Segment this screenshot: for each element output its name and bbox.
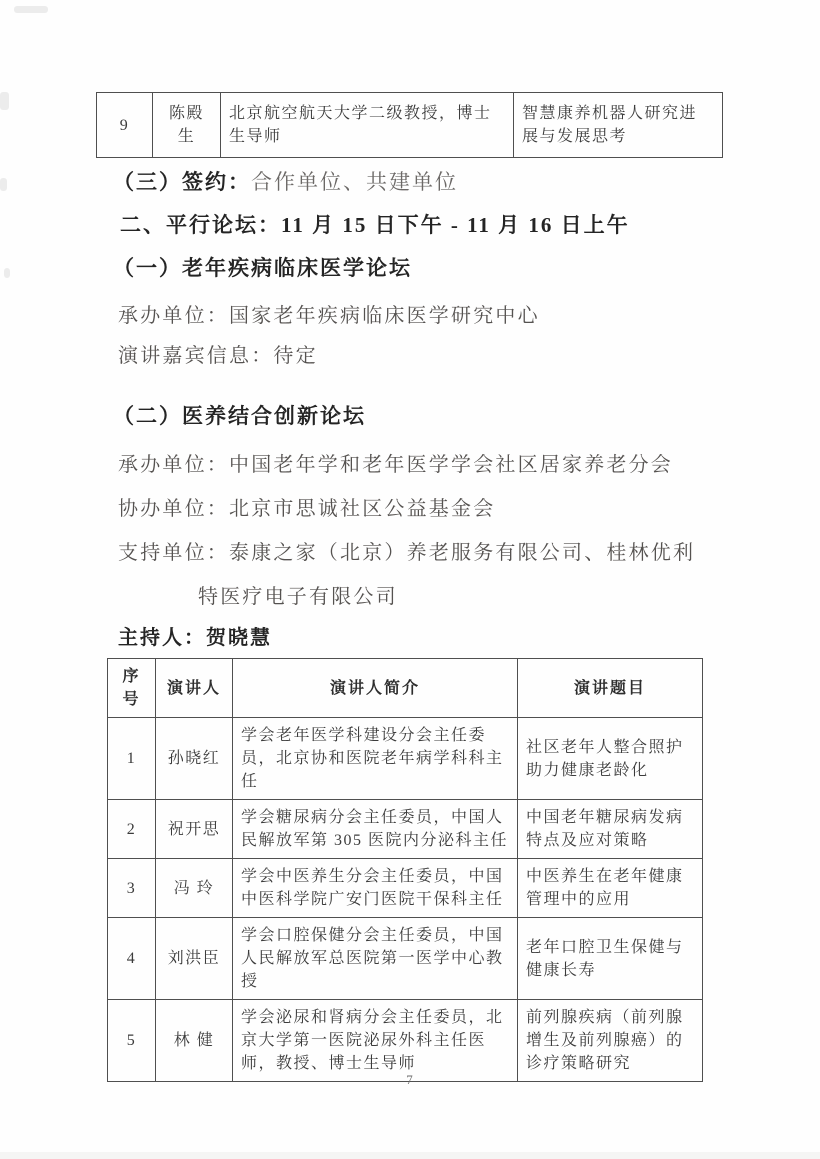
row-number-cell: 3 bbox=[108, 859, 156, 918]
speech-topic-cell: 智慧康养机器人研究进展与发展思考 bbox=[514, 93, 723, 158]
header-speaker: 演讲人 bbox=[156, 659, 233, 718]
row-number-cell: 4 bbox=[108, 918, 156, 1000]
speech-topic-cell: 中国老年糖尿病发病特点及应对策略 bbox=[518, 800, 703, 859]
forum2-host-line: 主持人：贺晓慧 bbox=[118, 621, 272, 650]
speaker-name-cell: 祝开思 bbox=[156, 800, 233, 859]
forum1-title: （一）老年疾病临床医学论坛 bbox=[113, 252, 412, 282]
speaker-name-cell: 刘洪臣 bbox=[156, 918, 233, 1000]
header-bio: 演讲人简介 bbox=[233, 659, 518, 718]
parallel-forum-heading: 二、平行论坛：11 月 15 日下午 - 11 月 16 日上午 bbox=[120, 209, 630, 239]
continued-speaker-table: 9 陈殿生 北京航空航天大学二级教授，博士生导师 智慧康养机器人研究进展与发展思… bbox=[96, 92, 723, 158]
table-row: 4 刘洪臣 学会口腔保健分会主任委员，中国人民解放军总医院第一医学中心教授 老年… bbox=[108, 918, 703, 1000]
forum1-organizer-line: 承办单位：国家老年疾病临床医学研究中心 bbox=[118, 299, 540, 328]
forum2-organizer-line: 承办单位：中国老年学和老年医学学会社区居家养老分会 bbox=[118, 448, 673, 477]
speaker-table-body: 1 孙晓红 学会老年医学科建设分会主任委员，北京协和医院老年病学科科主任 社区老… bbox=[108, 718, 703, 1082]
header-topic: 演讲题目 bbox=[518, 659, 703, 718]
speaker-name-cell: 林 健 bbox=[156, 1000, 233, 1082]
forum2-supporter-line-2: 特医疗电子有限公司 bbox=[198, 580, 398, 609]
row-number-cell: 9 bbox=[97, 93, 153, 158]
scan-artifact bbox=[0, 92, 9, 110]
speaker-bio-cell: 学会泌尿和肾病分会主任委员，北京大学第一医院泌尿外科主任医师，教授、博士生导师 bbox=[233, 1000, 518, 1082]
row-number-cell: 1 bbox=[108, 718, 156, 800]
speaker-name-cell: 陈殿生 bbox=[153, 93, 221, 158]
speaker-table: 序号 演讲人 演讲人简介 演讲题目 1 孙晓红 学会老年医学科建设分会主任委员，… bbox=[107, 658, 703, 1082]
page-number: 7 bbox=[0, 1072, 820, 1088]
speaker-bio-cell: 学会口腔保健分会主任委员，中国人民解放军总医院第一医学中心教授 bbox=[233, 918, 518, 1000]
table-row: 9 陈殿生 北京航空航天大学二级教授，博士生导师 智慧康养机器人研究进展与发展思… bbox=[97, 93, 723, 158]
table-row: 3 冯 玲 学会中医养生分会主任委员，中国中医科学院广安门医院干保科主任 中医养… bbox=[108, 859, 703, 918]
scan-artifact bbox=[4, 268, 10, 278]
speaker-bio-cell: 学会中医养生分会主任委员，中国中医科学院广安门医院干保科主任 bbox=[233, 859, 518, 918]
speaker-name-cell: 孙晓红 bbox=[156, 718, 233, 800]
speaker-bio-cell: 北京航空航天大学二级教授，博士生导师 bbox=[221, 93, 514, 158]
speech-topic-cell: 社区老年人整合照护助力健康老龄化 bbox=[518, 718, 703, 800]
forum2-supporter-line-1: 支持单位：泰康之家（北京）养老服务有限公司、桂林优利 bbox=[118, 536, 695, 565]
speech-topic-cell: 中医养生在老年健康管理中的应用 bbox=[518, 859, 703, 918]
table-header-row: 序号 演讲人 演讲人简介 演讲题目 bbox=[108, 659, 703, 718]
row-number-cell: 5 bbox=[108, 1000, 156, 1082]
forum2-title: （二）医养结合创新论坛 bbox=[113, 400, 366, 430]
table-row: 1 孙晓红 学会老年医学科建设分会主任委员，北京协和医院老年病学科科主任 社区老… bbox=[108, 718, 703, 800]
speaker-bio-cell: 学会老年医学科建设分会主任委员，北京协和医院老年病学科科主任 bbox=[233, 718, 518, 800]
table-row: 5 林 健 学会泌尿和肾病分会主任委员，北京大学第一医院泌尿外科主任医师，教授、… bbox=[108, 1000, 703, 1082]
forum2-co-organizer-line: 协办单位：北京市思诚社区公益基金会 bbox=[118, 492, 495, 521]
speech-topic-cell: 老年口腔卫生保健与健康长寿 bbox=[518, 918, 703, 1000]
table-row: 2 祝开思 学会糖尿病分会主任委员，中国人民解放军第 305 医院内分泌科主任 … bbox=[108, 800, 703, 859]
forum1-guest-info-line: 演讲嘉宾信息：待定 bbox=[118, 339, 318, 368]
speaker-name-cell: 冯 玲 bbox=[156, 859, 233, 918]
row-number-cell: 2 bbox=[108, 800, 156, 859]
scanned-document-page: 9 陈殿生 北京航空航天大学二级教授，博士生导师 智慧康养机器人研究进展与发展思… bbox=[0, 0, 820, 1159]
signing-content: 合作单位、共建单位 bbox=[251, 170, 458, 194]
signing-section-line: （三）签约：合作单位、共建单位 bbox=[113, 166, 458, 196]
speaker-bio-cell: 学会糖尿病分会主任委员，中国人民解放军第 305 医院内分泌科主任 bbox=[233, 800, 518, 859]
speech-topic-cell: 前列腺疾病（前列腺增生及前列腺癌）的诊疗策略研究 bbox=[518, 1000, 703, 1082]
header-no: 序号 bbox=[108, 659, 156, 718]
scan-artifact bbox=[0, 178, 7, 191]
signing-label: （三）签约： bbox=[113, 170, 251, 194]
scan-edge-shadow bbox=[0, 1152, 820, 1159]
scan-artifact bbox=[14, 6, 48, 13]
